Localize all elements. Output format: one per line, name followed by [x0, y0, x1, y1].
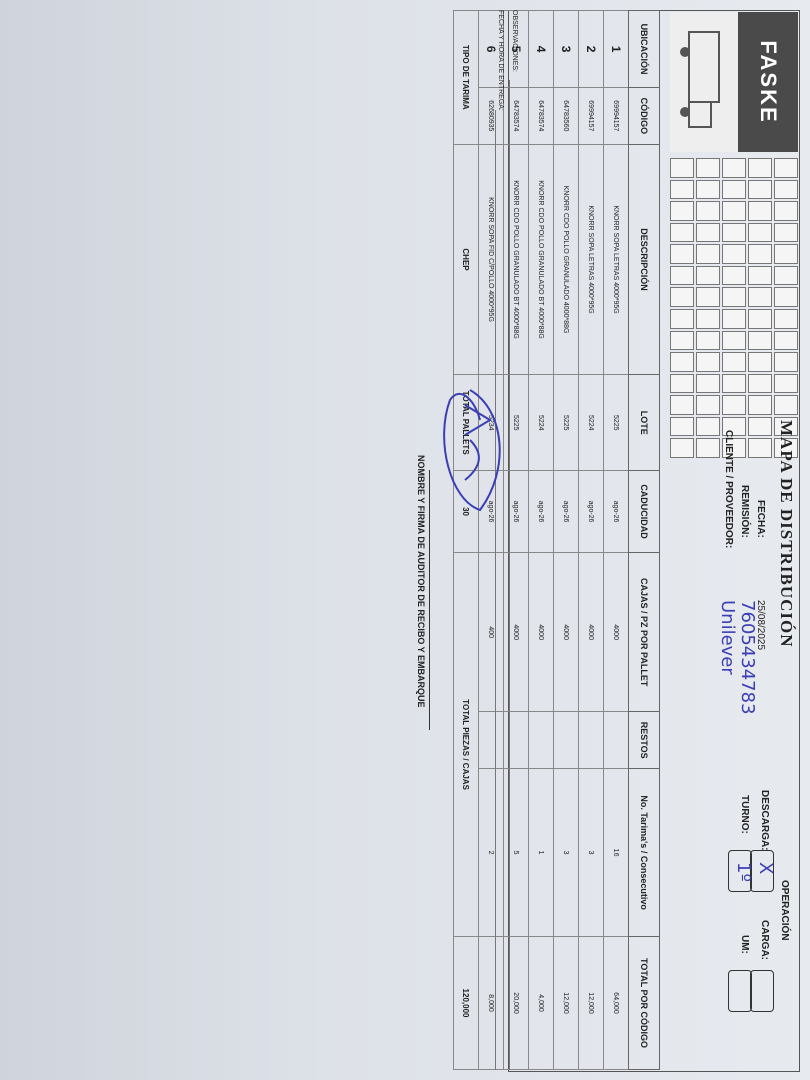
signature-label: NOMBRE Y FIRMA DE AUDITOR DE RECIBO Y EM… — [416, 455, 426, 708]
pallet-slot — [748, 438, 772, 458]
cell-restos — [529, 712, 554, 769]
cell-tarimas: 1 — [529, 769, 554, 937]
pallet-slot — [748, 374, 772, 394]
cell-total: 8,000 — [479, 937, 504, 1070]
descarga-mark: X — [755, 862, 776, 874]
table-row: 662680935KNORR SOPA FID C/POLLO 4000*95G… — [479, 11, 504, 1070]
pallet-slot — [774, 180, 798, 200]
cell-total: 4,000 — [529, 937, 554, 1070]
pallet-slot — [722, 352, 746, 372]
pallet-slot — [696, 266, 720, 286]
page-title: MAPA DE DISTRIBUCIÓN — [776, 420, 796, 648]
pallet-slot — [696, 374, 720, 394]
column-header: DESCRIPCIÓN — [629, 144, 660, 375]
pallet-slot — [670, 309, 694, 329]
pallet-slot — [748, 417, 772, 437]
pallet-slot — [748, 331, 772, 351]
operacion-label: OPERACIÓN — [779, 880, 790, 941]
pallet-slot — [696, 438, 720, 458]
pallet-slot — [722, 180, 746, 200]
pallet-slot — [696, 201, 720, 221]
cell-ubicacion: 3 — [554, 11, 579, 88]
pallet-slot — [670, 287, 694, 307]
pallet-slot — [670, 395, 694, 415]
column-header: CAJAS / PZ POR PALLET — [629, 553, 660, 712]
descarga-label: DESCARGA: — [759, 790, 770, 851]
cell-caducidad: ago-26 — [529, 470, 554, 552]
table-row: 564783574KNORR CDO POLLO GRANULADO BT 40… — [504, 11, 529, 1070]
cell-descripcion: KNORR CDO POLLO GRANULADO 4000*88G — [554, 144, 579, 375]
pallet-slot — [722, 309, 746, 329]
pallet-slot — [774, 223, 798, 243]
pallet-slot — [696, 223, 720, 243]
cell-tarimas: 16 — [604, 769, 629, 937]
cell-tarimas: 3 — [554, 769, 579, 937]
cell-descripcion: KNORR SOPA LETRAS 4000*95G — [579, 144, 604, 375]
pallet-slot — [722, 244, 746, 264]
cell-codigo: 69994157 — [604, 88, 629, 144]
carga-label: CARGA: — [759, 920, 770, 960]
cell-lote: 5225 — [604, 375, 629, 471]
cell-cajas: 4000 — [554, 553, 579, 712]
cell-lote: 5224 — [579, 375, 604, 471]
cell-codigo: 69994157 — [579, 88, 604, 144]
cell-descripcion: KNORR CDO POLLO GRANULADO BT 4000*88G — [529, 144, 554, 375]
observaciones-label: OBSERVACIONES: — [511, 10, 518, 72]
pallet-slot — [774, 309, 798, 329]
cell-tarimas: 3 — [579, 769, 604, 937]
cell-cajas: 4000 — [579, 553, 604, 712]
fecha-label: FECHA: — [755, 500, 766, 538]
pallet-slot — [748, 266, 772, 286]
pallet-slot — [748, 201, 772, 221]
column-header: TOTAL POR CÓDIGO — [629, 937, 660, 1070]
pallet-slot — [670, 352, 694, 372]
pallet-position-grid — [670, 158, 798, 458]
brand-logo: FASKE — [738, 12, 798, 152]
pallet-slot — [696, 244, 720, 264]
pallet-slot — [696, 417, 720, 437]
cell-caducidad: ago-26 — [604, 470, 629, 552]
fecha-entrega-line — [495, 110, 496, 1070]
pallet-slot — [774, 244, 798, 264]
pallet-slot — [774, 331, 798, 351]
pallet-slot — [670, 438, 694, 458]
cell-cajas: 4000 — [504, 553, 529, 712]
remision-label: REMISIÓN: — [739, 485, 750, 538]
pallet-slot — [670, 417, 694, 437]
column-header: No. Tarima's / Consecutivo — [629, 769, 660, 937]
pallet-slot — [696, 309, 720, 329]
pallet-slot — [748, 244, 772, 264]
table-row: 364783560KNORR CDO POLLO GRANULADO 4000*… — [554, 11, 579, 1070]
tipo-tarima-label: TIPO DE TARIMA — [454, 11, 479, 145]
turno-value: 1º — [733, 862, 754, 882]
pallet-slot — [774, 395, 798, 415]
pallet-slot — [670, 266, 694, 286]
cell-total: 20,000 — [504, 937, 529, 1070]
cell-descripcion: KNORR SOPA LETRAS 4000*95G — [604, 144, 629, 375]
table-row: 169994157KNORR SOPA LETRAS 4000*95G5225a… — [604, 11, 629, 1070]
um-box — [728, 970, 752, 1012]
cell-ubicacion: 1 — [604, 11, 629, 88]
signature-line — [429, 470, 430, 730]
table-row: 269994157KNORR SOPA LETRAS 4000*95G5224a… — [579, 11, 604, 1070]
pallet-slot — [774, 266, 798, 286]
pallet-slot — [774, 374, 798, 394]
pallet-slot — [670, 201, 694, 221]
pallet-slot — [670, 331, 694, 351]
column-header: UBICACIÓN — [629, 11, 660, 88]
items-table: UBICACIÓNCÓDIGODESCRIPCIÓNLOTECADUCIDADC… — [453, 10, 660, 1070]
observaciones-line — [509, 80, 510, 1070]
pallet-slot — [696, 331, 720, 351]
pallet-slot — [722, 266, 746, 286]
cell-descripcion: KNORR SOPA FID C/POLLO 4000*95G — [479, 144, 504, 375]
cliente-label: CLIENTE / PROVEEDOR: — [723, 430, 734, 548]
column-header: CADUCIDAD — [629, 470, 660, 552]
cell-total: 12,000 — [554, 937, 579, 1070]
pallet-slot — [748, 223, 772, 243]
cell-restos — [479, 712, 504, 769]
cell-lote: 5225 — [554, 375, 579, 471]
total-piezas-label: TOTAL PIEZAS / CAJAS — [454, 553, 479, 937]
cell-total: 12,000 — [579, 937, 604, 1070]
pallet-slot — [722, 287, 746, 307]
cell-codigo: 64783574 — [504, 88, 529, 144]
pallet-slot — [748, 180, 772, 200]
cell-cajas: 4000 — [529, 553, 554, 712]
cell-codigo: 64783574 — [529, 88, 554, 144]
fecha-entrega-label: FECHA Y HORA DE ENTREGA: — [497, 10, 504, 111]
cliente-value: Unilever — [717, 600, 738, 675]
cell-cajas: 4000 — [604, 553, 629, 712]
cell-caducidad: ago-26 — [579, 470, 604, 552]
pallet-slot — [696, 287, 720, 307]
signature — [430, 380, 510, 520]
pallet-slot — [774, 158, 798, 178]
cell-lote: 5224 — [529, 375, 554, 471]
pallet-slot — [696, 180, 720, 200]
pallet-slot — [774, 352, 798, 372]
pallet-slot — [670, 374, 694, 394]
pallet-slot — [722, 223, 746, 243]
cell-restos — [504, 712, 529, 769]
pallet-slot — [696, 158, 720, 178]
cell-tarimas: 2 — [479, 769, 504, 937]
cell-ubicacion: 2 — [579, 11, 604, 88]
cell-restos — [604, 712, 629, 769]
pallet-slot — [774, 201, 798, 221]
pallet-slot — [748, 309, 772, 329]
cell-descripcion: KNORR CDO POLLO GRANULADO BT 4000*88G — [504, 144, 529, 375]
cell-restos — [579, 712, 604, 769]
pallet-slot — [670, 244, 694, 264]
cell-ubicacion: 4 — [529, 11, 554, 88]
pallet-slot — [670, 223, 694, 243]
tipo-tarima-value: CHEP — [454, 144, 479, 375]
column-header: LOTE — [629, 375, 660, 471]
column-header: CÓDIGO — [629, 88, 660, 144]
pallet-slot — [722, 158, 746, 178]
pallet-slot — [748, 352, 772, 372]
pallet-slot — [696, 352, 720, 372]
pallet-slot — [722, 395, 746, 415]
total-piezas-value: 120,000 — [454, 937, 479, 1070]
um-label: UM: — [739, 935, 750, 954]
pallet-slot — [748, 158, 772, 178]
turno-label: TURNO: — [739, 795, 750, 834]
carga-box — [750, 970, 774, 1012]
pallet-slot — [722, 374, 746, 394]
pallet-slot — [748, 395, 772, 415]
cell-restos — [554, 712, 579, 769]
pallet-slot — [722, 201, 746, 221]
remision-value: 7605434783 — [737, 600, 758, 715]
cell-total: 64,000 — [604, 937, 629, 1070]
table-row: 464783574KNORR CDO POLLO GRANULADO BT 40… — [529, 11, 554, 1070]
column-header: RESTOS — [629, 712, 660, 769]
pallet-slot — [722, 331, 746, 351]
cell-tarimas: 5 — [504, 769, 529, 937]
cell-caducidad: ago-26 — [554, 470, 579, 552]
truck-diagram-icon — [670, 12, 738, 152]
cell-codigo: 64783560 — [554, 88, 579, 144]
cell-cajas: 400 — [479, 553, 504, 712]
pallet-slot — [774, 287, 798, 307]
distribution-map-form: FASKE MAPA DE DISTRIBUCIÓN FECHA: 25/08/… — [0, 0, 810, 1080]
pallet-slot — [670, 180, 694, 200]
pallet-slot — [670, 158, 694, 178]
pallet-slot — [748, 287, 772, 307]
pallet-slot — [696, 395, 720, 415]
